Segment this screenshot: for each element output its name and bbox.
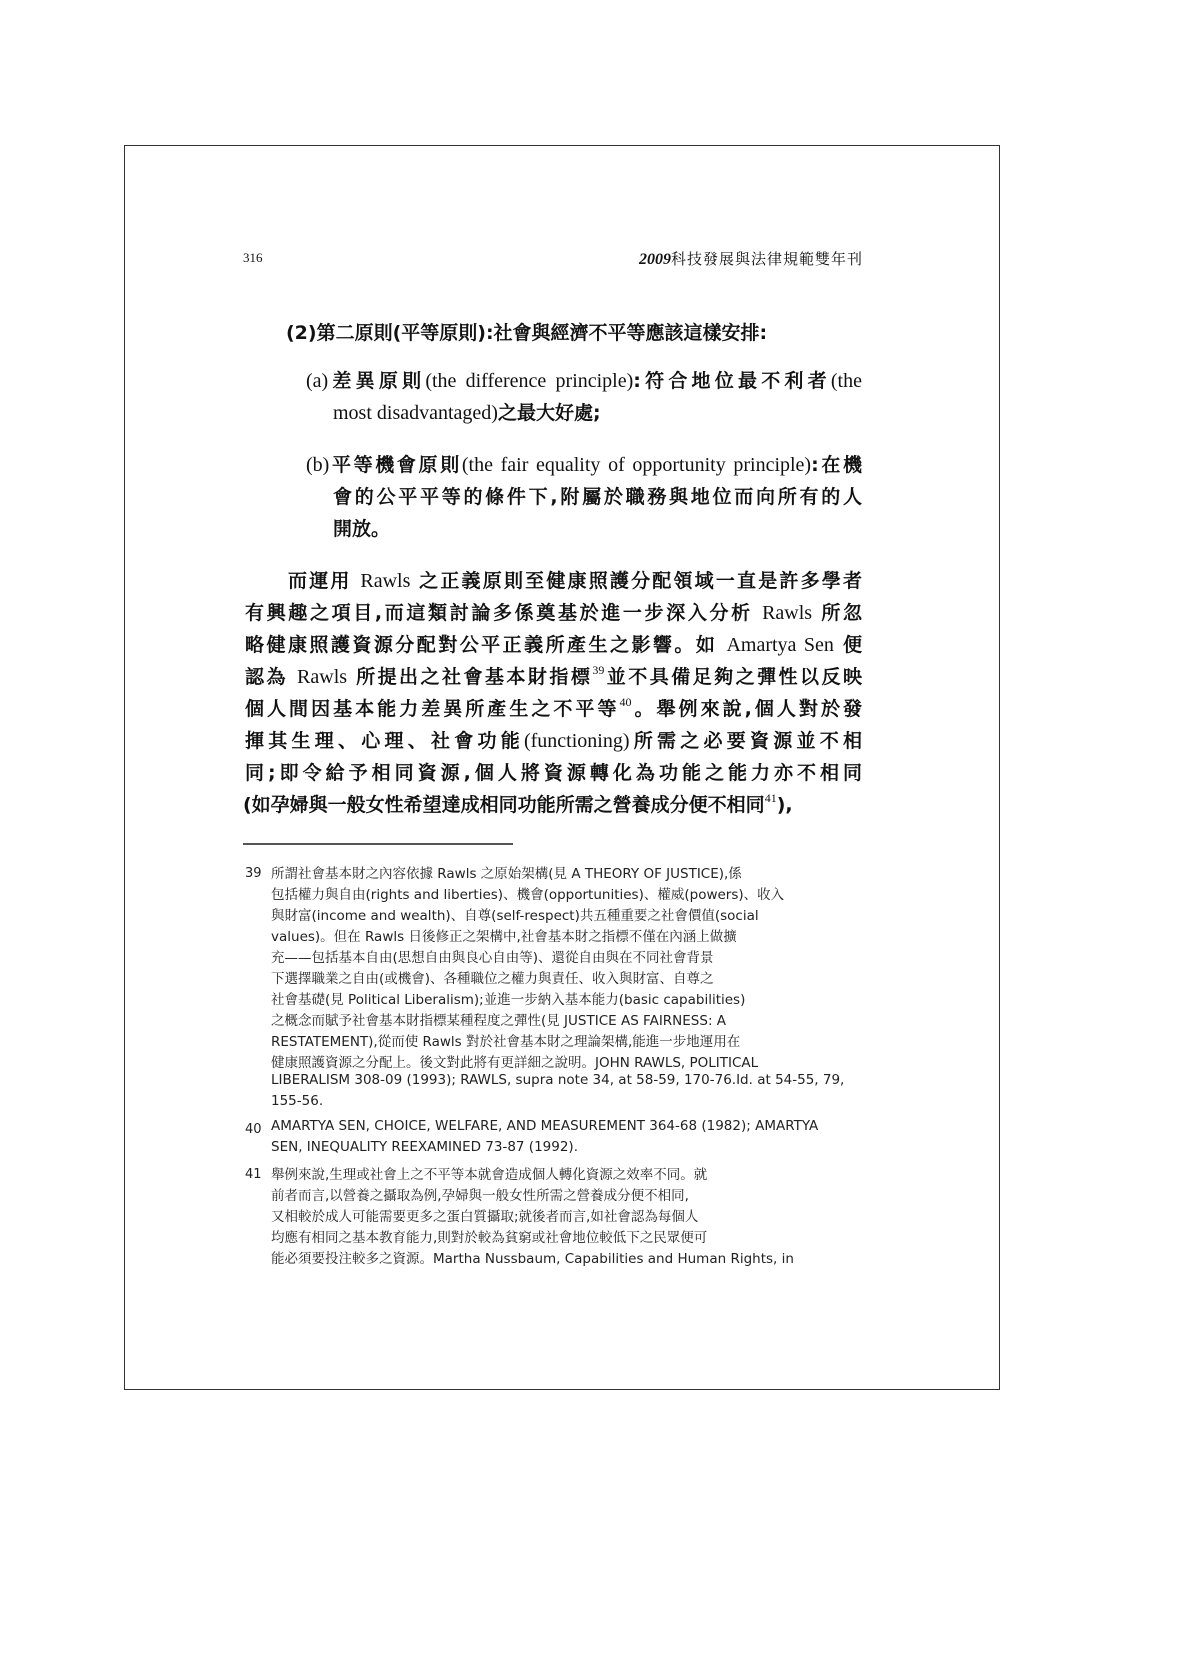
text: (如孕婦與一般女性希望達成相同功能所需之營養成分便不相同 (243, 794, 765, 816)
text: 之正義原則至健康照護分配領域一直是許多學者 (410, 570, 862, 592)
principle-2a-line-1: (a)差異原則(the difference principle):符合地位最不… (306, 366, 862, 393)
footnote-39-line: 社會基礎(見 Political Liberalism);並進一步納入基本能力(… (271, 988, 745, 1008)
difference-principle-desc-en: (the (831, 370, 862, 392)
paragraph-line-1: 而運用 Rawls 之正義原則至健康照護分配領域一直是許多學者 (288, 566, 862, 593)
principle-2a-line-2: most disadvantaged)之最大好處; (333, 398, 601, 425)
text: 所忽 (812, 602, 862, 624)
text: 有興趣之項目,而這類討論多係奠基於進一步深入分析 (245, 602, 762, 624)
difference-principle-zh: 差異原則 (328, 370, 425, 392)
footnote-39-line: 健康照護資源之分配上。後文對此將有更詳細之說明。JOHN RAWLS, POLI… (271, 1051, 758, 1071)
paragraph-line-5: 個人間因基本能力差異所產生之不平等40。舉例來說,個人對於發 (245, 694, 862, 721)
fair-equality-zh: 平等機會原則 (329, 454, 462, 476)
text: 所需之必要資源並不相 (630, 730, 862, 752)
footnote-40-number: 40 (245, 1122, 262, 1137)
item-label-b: (b) (306, 454, 329, 476)
paragraph-line-2: 有興趣之項目,而這類討論多係奠基於進一步深入分析 Rawls 所忽 (245, 598, 862, 625)
footnote-39-line: 與財富(income and wealth)、自尊(self-respect)共… (271, 904, 759, 924)
footnote-41-line: 能必須要投注較多之資源。Martha Nussbaum, Capabilitie… (271, 1247, 794, 1267)
footnote-39-number: 39 (245, 866, 262, 881)
text: 個人間因基本能力差異所產生之不平等 (245, 698, 619, 720)
footnote-40-line: AMARTYA SEN, CHOICE, WELFARE, AND MEASUR… (271, 1118, 818, 1134)
text: 認為 (245, 666, 297, 688)
text: 所提出之社會基本財指標 (347, 666, 592, 688)
most-disadvantaged-en: most disadvantaged) (333, 402, 498, 424)
running-title-text: 科技發展與法律規範雙年刊 (671, 250, 863, 268)
footnote-ref-39[interactable]: 39 (592, 663, 604, 677)
footnote-39-line: 之概念而賦予社會基本財指標某種程度之彈性(見 JUSTICE AS FAIRNE… (271, 1009, 726, 1029)
footnote-39-line: 包括權力與自由(rights and liberties)、機會(opportu… (271, 883, 784, 903)
footnote-41-line: 前者而言,以營養之攝取為例,孕婦與一般女性所需之營養成分便不相同, (271, 1184, 689, 1204)
paragraph-line-7: 同;即令給予相同資源,個人將資源轉化為功能之能力亦不相同 (245, 758, 862, 785)
fair-equality-desc-3: 開放。 (333, 518, 390, 540)
footnote-39-line: 下選擇職業之自由(或機會)、各種職位之權力與責任、收入與財富、自尊之 (271, 967, 714, 987)
paragraph-line-3: 略健康照護資源分配對公平正義所產生之影響。如 Amartya Sen 便 (245, 630, 862, 657)
fair-equality-desc: :在機 (811, 454, 862, 476)
running-header: 316 2009科技發展與法律規範雙年刊 (243, 250, 863, 272)
footnote-39-line: 155-56. (271, 1093, 323, 1109)
footnote-separator (243, 843, 513, 845)
footnote-39-line: values)。但在 Rawls 日後修正之架構中,社會基本財之指標不僅在內涵上… (271, 925, 737, 945)
principle-2b-line-1: (b)平等機會原則(the fair equality of opportuni… (306, 450, 862, 477)
text: 同;即令給予相同資源,個人將資源轉化為功能之能力亦不相同 (245, 762, 862, 784)
fair-equality-desc-2: 會的公平平等的條件下,附屬於職務與地位而向所有的人 (333, 486, 862, 508)
text-en: (functioning) (524, 730, 630, 752)
footnote-ref-41[interactable]: 41 (765, 791, 777, 805)
principle-2b-line-3: 開放。 (333, 514, 390, 541)
text: ), (777, 794, 793, 816)
footnote-39-line: 所謂社會基本財之內容依據 Rawls 之原始架構(見 A THEORY OF J… (271, 862, 742, 882)
text: 並不具備足夠之彈性以反映 (604, 666, 862, 688)
principle-2-heading: (2)第二原則(平等原則):社會與經濟不平等應該這樣安排: (286, 318, 767, 345)
footnote-ref-40[interactable]: 40 (619, 695, 631, 709)
text: 而運用 (288, 570, 360, 592)
footnote-41-line: 舉例來說,生理或社會上之不平等本就會造成個人轉化資源之效率不同。就 (271, 1163, 707, 1183)
difference-principle-en: (the difference principle) (425, 370, 633, 392)
text-en: Amartya Sen (726, 634, 833, 656)
page-number: 316 (243, 250, 263, 266)
text-en: Rawls (360, 570, 410, 592)
paragraph-line-6: 揮其生理、心理、社會功能(functioning)所需之必要資源並不相 (245, 726, 862, 753)
paragraph-line-8: (如孕婦與一般女性希望達成相同功能所需之營養成分便不相同41), (243, 790, 793, 817)
text-en: Rawls (762, 602, 812, 624)
footnote-41-number: 41 (245, 1167, 262, 1182)
text-en: Rawls (297, 666, 347, 688)
text: 便 (834, 634, 862, 656)
item-label-a: (a) (306, 370, 328, 392)
greatest-benefit-zh: 之最大好處; (498, 402, 601, 424)
footnote-40-line: SEN, INEQUALITY REEXAMINED 73-87 (1992). (271, 1139, 578, 1155)
text: 揮其生理、心理、社會功能 (245, 730, 524, 752)
footnote-39-line: RESTATEMENT),從而使 Rawls 對於社會基本財之理論架構,能進一步… (271, 1030, 740, 1050)
footnote-41-line: 均應有相同之基本教育能力,則對於較為貧窮或社會地位較低下之民眾便可 (271, 1226, 707, 1246)
running-title: 2009科技發展與法律規範雙年刊 (639, 248, 863, 269)
heading-text: (2)第二原則(平等原則):社會與經濟不平等應該這樣安排: (286, 322, 767, 344)
difference-principle-desc: :符合地位最不利者 (633, 370, 831, 392)
footnote-39-line: 充——包括基本自由(思想自由與良心自由等)、還從自由與在不同社會背景 (271, 946, 714, 966)
footnote-41-line: 又相較於成人可能需要更多之蛋白質攝取;就後者而言,如社會認為每個人 (271, 1205, 698, 1225)
paragraph-line-4: 認為 Rawls 所提出之社會基本財指標39並不具備足夠之彈性以反映 (245, 662, 862, 689)
running-title-year: 2009 (639, 251, 671, 268)
fair-equality-en: (the fair equality of opportunity princi… (462, 454, 811, 476)
principle-2b-line-2: 會的公平平等的條件下,附屬於職務與地位而向所有的人 (333, 482, 862, 509)
footnote-39-line: LIBERALISM 308-09 (1993); RAWLS, supra n… (271, 1072, 844, 1088)
text: 略健康照護資源分配對公平正義所產生之影響。如 (245, 634, 726, 656)
text: 。舉例來說,個人對於發 (631, 698, 862, 720)
